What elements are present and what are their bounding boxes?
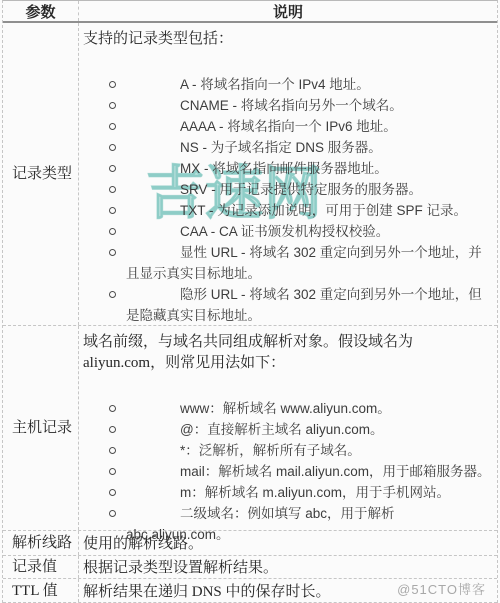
list-item: mail：解析域名 mail.aliyun.com，用于邮箱服务器。 <box>83 461 493 482</box>
list-item-text: CAA - CA 证书颁发机构授权校验。 <box>180 224 389 239</box>
list-item: 显性 URL - 将域名 302 重定向到另外一个地址，并且显示真实目标地址。 <box>83 242 493 284</box>
list-item: MX - 将域名指向邮件服务器地址。 <box>83 158 493 179</box>
bullet-circle-icon <box>109 207 116 214</box>
list-item: TXT - 为记录添加说明，可用于创建 SPF 记录。 <box>83 200 493 221</box>
table-header-row: 参数 说明 <box>3 1 497 23</box>
desc-cell-record-value: 根据记录类型设置解析结果。 <box>79 556 497 579</box>
list-item-text: @：直接解析主域名 aliyun.com。 <box>180 422 383 437</box>
bullet-circle-icon <box>109 249 116 256</box>
header-cell-desc: 说明 <box>79 1 497 21</box>
list-item: AAAA - 将域名指向一个 IPv6 地址。 <box>83 116 493 137</box>
param-label-record-type: 记录类型 <box>12 164 72 184</box>
bullet-circle-icon <box>109 405 116 412</box>
list-item: www：解析域名 www.aliyun.com。 <box>83 398 493 419</box>
bullet-circle-icon <box>109 123 116 130</box>
dns-record-parameter-table: 参数 说明 记录类型 支持的记录类型包括： A - 将域名指向一个 IPv4 地… <box>2 0 498 603</box>
param-cell-host-record: 主机记录 <box>3 326 79 530</box>
header-cell-param: 参数 <box>3 1 79 21</box>
list-item-text: 显性 URL - 将域名 302 重定向到另外一个地址，并且显示真实目标地址。 <box>126 245 482 281</box>
list-item: NS - 为子域名指定 DNS 服务器。 <box>83 137 493 158</box>
list-item: m：解析域名 m.aliyun.com，用于手机网站。 <box>83 482 493 503</box>
bullet-circle-icon <box>109 291 116 298</box>
bullet-circle-icon <box>109 447 116 454</box>
host-record-list: www：解析域名 www.aliyun.com。 @：直接解析主域名 aliyu… <box>83 398 493 545</box>
table-row-host-record: 主机记录 域名前缀，与域名共同组成解析对象。假设域名为 aliyun.com，则… <box>3 326 497 531</box>
list-item-text: A - 将域名指向一个 IPv4 地址。 <box>180 77 370 92</box>
desc-cell-record-type: 支持的记录类型包括： A - 将域名指向一个 IPv4 地址。 CNAME - … <box>79 23 497 325</box>
blog-watermark: @51CTO博客 <box>397 579 486 598</box>
list-item: A - 将域名指向一个 IPv4 地址。 <box>83 74 493 95</box>
param-cell-record-type: 记录类型 <box>3 23 79 325</box>
list-item-text: www：解析域名 www.aliyun.com。 <box>180 401 391 416</box>
bullet-circle-icon <box>109 186 116 193</box>
list-item: @：直接解析主域名 aliyun.com。 <box>83 419 493 440</box>
list-item-text: *：泛解析，解析所有子域名。 <box>180 443 361 458</box>
list-item: 二级域名：例如填写 abc，用于解析 abc.aliyun.com。 <box>83 503 493 545</box>
list-item-text: MX - 将域名指向邮件服务器地址。 <box>180 161 388 176</box>
param-cell-ttl: TTL 值 <box>3 579 79 602</box>
list-item-text: mail：解析域名 mail.aliyun.com，用于邮箱服务器。 <box>180 464 491 479</box>
bullet-circle-icon <box>109 489 116 496</box>
bullet-circle-icon <box>109 468 116 475</box>
record-type-list: A - 将域名指向一个 IPv4 地址。 CNAME - 将域名指向另外一个域名… <box>83 74 493 326</box>
bullet-circle-icon <box>109 510 116 517</box>
param-label-record-value: 记录值 <box>12 557 57 577</box>
record-value-desc: 根据记录类型设置解析结果。 <box>83 556 493 579</box>
list-item-text: 二级域名：例如填写 abc，用于解析 abc.aliyun.com。 <box>126 506 395 542</box>
param-label-ttl: TTL 值 <box>12 581 58 601</box>
desc-cell-host-record: 域名前缀，与域名共同组成解析对象。假设域名为 aliyun.com，则常见用法如… <box>79 326 497 530</box>
bullet-circle-icon <box>109 144 116 151</box>
bullet-circle-icon <box>109 81 116 88</box>
list-item-text: TXT - 为记录添加说明，可用于创建 SPF 记录。 <box>180 203 467 218</box>
list-item: SRV - 用于记录提供特定服务的服务器。 <box>83 179 493 200</box>
bullet-circle-icon <box>109 426 116 433</box>
bullet-circle-icon <box>109 228 116 235</box>
list-item-text: CNAME - 将域名指向另外一个域名。 <box>180 98 403 113</box>
list-item-text: AAAA - 将域名指向一个 IPv6 地址。 <box>180 119 397 134</box>
record-type-intro: 支持的记录类型包括： <box>83 29 493 50</box>
list-item-text: SRV - 用于记录提供特定服务的服务器。 <box>180 182 422 197</box>
list-item-text: m：解析域名 m.aliyun.com，用于手机网站。 <box>180 485 450 500</box>
param-label-host-record: 主机记录 <box>12 418 72 438</box>
list-item-text: NS - 为子域名指定 DNS 服务器。 <box>180 140 382 155</box>
list-item: 隐形 URL - 将域名 302 重定向到另外一个地址，但是隐藏真实目标地址。 <box>83 284 493 326</box>
list-item-text: 隐形 URL - 将域名 302 重定向到另外一个地址，但是隐藏真实目标地址。 <box>126 287 482 323</box>
param-label-resolution-line: 解析线路 <box>12 533 72 553</box>
bullet-circle-icon <box>109 165 116 172</box>
host-record-intro: 域名前缀，与域名共同组成解析对象。假设域名为 aliyun.com，则常见用法如… <box>83 332 493 374</box>
table-row-record-type: 记录类型 支持的记录类型包括： A - 将域名指向一个 IPv4 地址。 CNA… <box>3 23 497 326</box>
param-cell-resolution-line: 解析线路 <box>3 531 79 555</box>
header-label-desc: 说明 <box>273 1 303 22</box>
list-item: *：泛解析，解析所有子域名。 <box>83 440 493 461</box>
list-item: CNAME - 将域名指向另外一个域名。 <box>83 95 493 116</box>
list-item: CAA - CA 证书颁发机构授权校验。 <box>83 221 493 242</box>
header-label-param: 参数 <box>25 1 55 22</box>
bullet-circle-icon <box>109 102 116 109</box>
table-row-record-value: 记录值 根据记录类型设置解析结果。 <box>3 556 497 580</box>
param-cell-record-value: 记录值 <box>3 556 79 579</box>
